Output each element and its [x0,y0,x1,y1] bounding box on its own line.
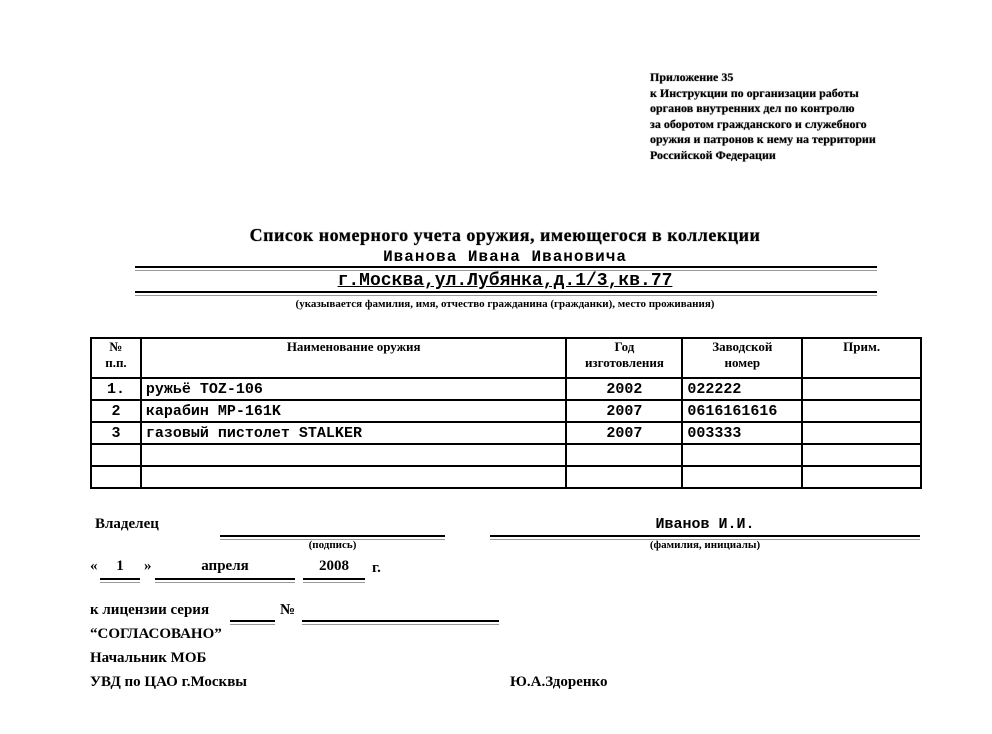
cell-year: 2002 [566,378,682,400]
approval-heading: “СОГЛАСОВАНО” [90,626,222,643]
initials-caption: (фамилия, инициалы) [490,539,920,551]
cell-note [802,444,921,466]
cell-year [566,444,682,466]
document-title: Список номерного учета оружия, имеющегос… [0,225,992,246]
approval-position-1: Начальник МОБ [90,650,206,667]
appendix-line: Российской Федерации [650,148,876,164]
table-row [91,466,921,488]
owner-caption: (указывается фамилия, имя, отчество граж… [0,298,992,310]
approval-position-2: УВД по ЦАО г.Москвы [90,674,247,691]
table-row: 1. ружьё TOZ-106 2002 022222 [91,378,921,400]
month-underline [155,578,295,583]
cell-number: 1. [91,378,141,400]
license-number-line [302,620,499,625]
cell-year: 2007 [566,422,682,444]
weapons-table: № п.п. Наименование оружия Год изготовле… [90,337,922,489]
cell-name: газовый пистолет STALKER [141,422,567,444]
appendix-line: к Инструкции по организации работы [650,86,876,102]
license-number-label: № [280,602,295,619]
owner-label: Владелец [95,516,159,533]
col-header-note: Прим. [802,338,921,378]
date-month: апреля [155,558,295,575]
cell-serial [682,444,802,466]
date-day: 1 [100,558,140,575]
table-row [91,444,921,466]
table-header-row: № п.п. Наименование оружия Год изготовле… [91,338,921,378]
cell-name: карабин MP-161K [141,400,567,422]
cell-note [802,422,921,444]
table-row: 2 карабин MP-161K 2007 0616161616 [91,400,921,422]
cell-name [141,444,567,466]
cell-number: 2 [91,400,141,422]
approval-signer: Ю.А.Здоренко [510,674,607,691]
col-header-year: Год изготовления [566,338,682,378]
appendix-line: за оборотом гражданского и служебного [650,117,876,133]
cell-number [91,444,141,466]
cell-name [141,466,567,488]
license-series-line [230,620,275,625]
date-quote-close: » [144,558,152,575]
appendix-line: органов внутренних дел по контролю [650,101,876,117]
col-header-number: № п.п. [91,338,141,378]
owner-initials: Иванов И.И. [490,516,920,533]
date-year: 2008 [303,558,365,575]
table-row: 3 газовый пистолет STALKER 2007 003333 [91,422,921,444]
cell-year: 2007 [566,400,682,422]
cell-note [802,378,921,400]
cell-serial: 022222 [682,378,802,400]
col-header-serial: Заводской номер [682,338,802,378]
cell-note [802,466,921,488]
cell-serial: 0616161616 [682,400,802,422]
owner-address: г.Москва,ул.Лубянка,д.1/3,кв.77 [0,271,992,291]
appendix-note: Приложение 35 к Инструкции по организаци… [650,70,876,163]
cell-year [566,466,682,488]
cell-serial: 003333 [682,422,802,444]
cell-serial [682,466,802,488]
appendix-line: оружия и патронов к нему на территории [650,132,876,148]
cell-note [802,400,921,422]
address-underline [135,291,877,296]
cell-number [91,466,141,488]
cell-number: 3 [91,422,141,444]
cell-name: ружьё TOZ-106 [141,378,567,400]
owner-name: Иванова Ивана Ивановича [0,248,992,266]
day-underline [100,578,140,583]
license-series-label: к лицензии серия [90,602,209,619]
year-underline [303,578,365,583]
col-header-name: Наименование оружия [141,338,567,378]
date-quote-open: « [90,558,98,575]
date-year-suffix: г. [372,560,381,577]
signature-caption: (подпись) [220,539,445,551]
appendix-line: Приложение 35 [650,70,876,86]
